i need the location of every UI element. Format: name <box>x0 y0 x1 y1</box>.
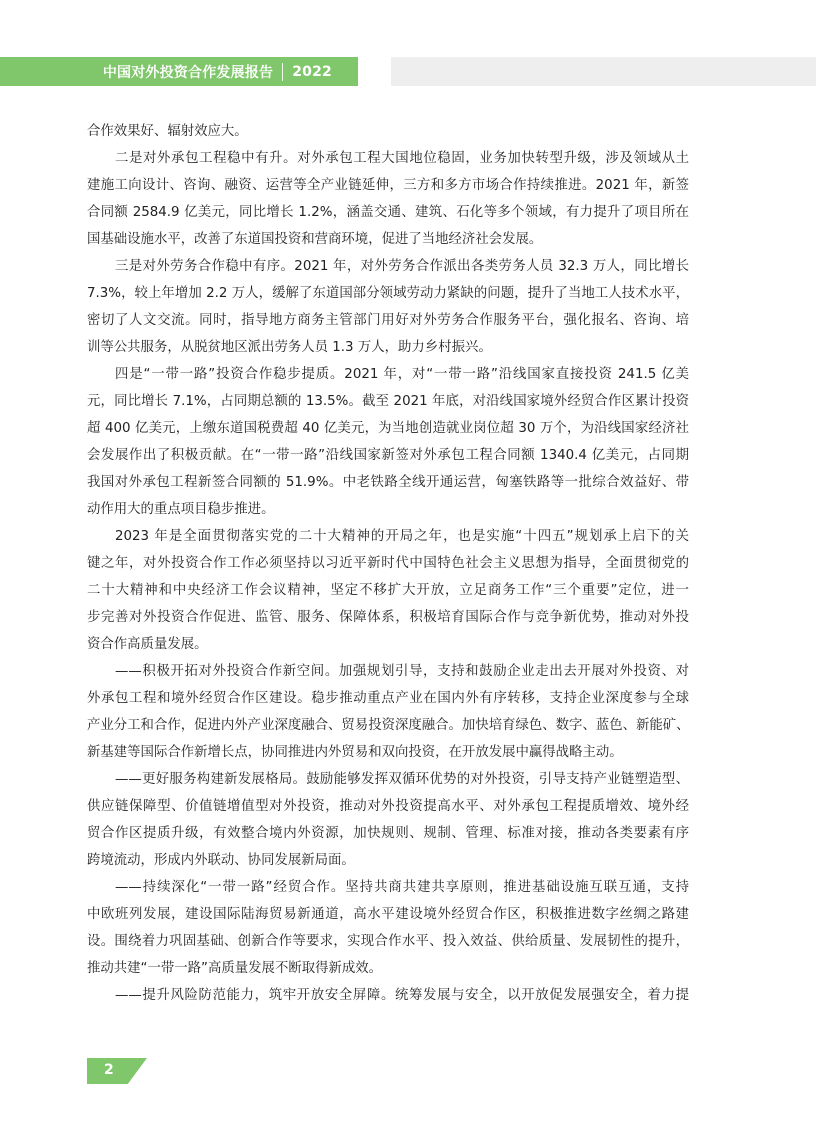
text-line: 跨境流动，形成内外联动、协同发展新局面。 <box>87 847 689 874</box>
text-line: 中欧班列发展，建设国际陆海贸易新通道，高水平建设境外经贸合作区，积极推进数字丝绸… <box>87 901 689 928</box>
text-line: 外承包工程和境外经贸合作区建设。稳步推动重点产业在国内外有序转移，支持企业深度参… <box>87 685 689 712</box>
running-header: 中国对外投资合作发展报告 2022 <box>0 57 358 86</box>
page-number-badge: 2 <box>87 1058 147 1084</box>
text-line: 训等公共服务，从脱贫地区派出劳务人员 1.3 万人，助力乡村振兴。 <box>87 334 689 361</box>
report-year: 2022 <box>292 64 332 80</box>
text-line: 建施工向设计、咨询、融资、运营等全产业链延伸，三方和多方市场合作持续推进。202… <box>87 172 689 199</box>
text-line: 合作效果好、辐射效应大。 <box>87 118 689 145</box>
header-gray-bar <box>391 57 816 86</box>
text-line: 产业分工和合作，促进内外产业深度融合、贸易投资深度融合。加快培育绿色、数字、蓝色… <box>87 712 689 739</box>
text-line: 设。围绕着力巩固基础、创新合作等要求，实现合作水平、投入效益、供给质量、发展韧性… <box>87 928 689 955</box>
report-title: 中国对外投资合作发展报告 <box>103 62 273 82</box>
text-line: 会发展作出了积极贡献。在“一带一路”沿线国家新签对外承包工程合同额 1340.4… <box>87 442 689 469</box>
paragraph-start: 二是对外承包工程稳中有升。对外承包工程大国地位稳固，业务加快转型升级，涉及领域从… <box>87 145 689 172</box>
text-line: 7.3%，较上年增加 2.2 万人，缓解了东道国部分领域劳动力紧缺的问题，提升了… <box>87 280 689 307</box>
header-divider <box>282 63 283 81</box>
paragraph-start: 2023 年是全面贯彻落实党的二十大精神的开局之年，也是实施“十四五”规划承上启… <box>87 523 689 550</box>
body-text: 合作效果好、辐射效应大。 二是对外承包工程稳中有升。对外承包工程大国地位稳固，业… <box>87 118 689 1009</box>
page-number: 2 <box>104 1062 114 1078</box>
text-line: 合同额 2584.9 亿美元，同比增长 1.2%，涵盖交通、建筑、石化等多个领域… <box>87 199 689 226</box>
paragraph-start: ——更好服务构建新发展格局。鼓励能够发挥双循环优势的对外投资，引导支持产业链塑造… <box>87 766 689 793</box>
paragraph-start: 四是“一带一路”投资合作稳步提质。2021 年，对“一带一路”沿线国家直接投资 … <box>87 361 689 388</box>
text-line: 键之年，对外投资合作工作必须坚持以习近平新时代中国特色社会主义思想为指导，全面贯… <box>87 550 689 577</box>
text-line: 国基础设施水平，改善了东道国投资和营商环境，促进了当地经济社会发展。 <box>87 226 689 253</box>
text-line: 资合作高质量发展。 <box>87 631 689 658</box>
paragraph-start: ——积极开拓对外投资合作新空间。加强规划引导，支持和鼓励企业走出去开展对外投资、… <box>87 658 689 685</box>
text-line: 动作用大的重点项目稳步推进。 <box>87 496 689 523</box>
text-line: 超 400 亿美元，上缴东道国税费超 40 亿美元，为当地创造就业岗位超 30 … <box>87 415 689 442</box>
text-line: 供应链保障型、价值链增值型对外投资，推动对外投资提高水平、对外承包工程提质增效、… <box>87 793 689 820</box>
text-line: 元，同比增长 7.1%，占同期总额的 13.5%。截至 2021 年底，对沿线国… <box>87 388 689 415</box>
text-line: 步完善对外投资合作促进、监管、服务、保障体系，积极培育国际合作与竞争新优势，推动… <box>87 604 689 631</box>
text-line: 贸合作区提质升级，有效整合境内外资源，加快规则、规制、管理、标准对接，推动各类要… <box>87 820 689 847</box>
paragraph-start: ——持续深化“一带一路”经贸合作。坚持共商共建共享原则，推进基础设施互联互通，支… <box>87 874 689 901</box>
text-line: 新基建等国际合作新增长点，协同推进内外贸易和双向投资，在开放发展中赢得战略主动。 <box>87 739 689 766</box>
text-line: 二十大精神和中央经济工作会议精神，坚定不移扩大开放，立足商务工作“三个重要”定位… <box>87 577 689 604</box>
paragraph-start: 三是对外劳务合作稳中有序。2021 年，对外劳务合作派出各类劳务人员 32.3 … <box>87 253 689 280</box>
text-line: 推动共建“一带一路”高质量发展不断取得新成效。 <box>87 955 689 982</box>
text-line: 密切了人文交流。同时，指导地方商务主管部门用好对外劳务合作服务平台，强化报名、咨… <box>87 307 689 334</box>
paragraph-start: ——提升风险防范能力，筑牢开放安全屏障。统筹发展与安全，以开放促发展强安全，着力… <box>87 982 689 1009</box>
text-line: 我国对外承包工程新签合同额的 51.9%。中老铁路全线开通运营，匈塞铁路等一批综… <box>87 469 689 496</box>
